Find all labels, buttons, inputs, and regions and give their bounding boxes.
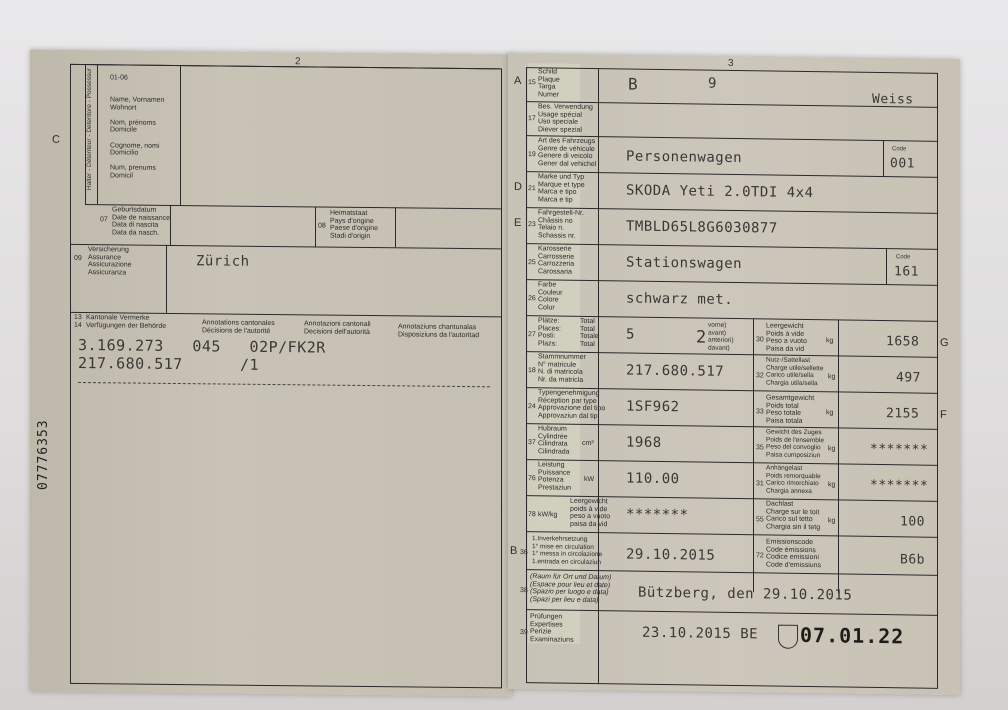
vehicle-type-code: 001 <box>890 156 915 171</box>
vehicle-type-value: Personenwagen <box>626 148 742 166</box>
field-76-label: Leistung Puissance Potenza Prestaziun <box>538 461 571 492</box>
unit-kg: kg <box>826 337 833 344</box>
field-26-number: 26 <box>528 295 536 302</box>
insurance-value: Zürich <box>196 253 250 270</box>
field-25-label: Karosserie Carrosserie Carrozzeria Caros… <box>538 245 574 276</box>
field-35-number: 35 <box>756 444 764 451</box>
plate-number: 9 <box>708 76 717 92</box>
roof-load-value: 100 <box>900 514 925 529</box>
annotation-line-2: 217.680.517 /1 <box>78 354 259 374</box>
field-18-number: 18 <box>528 367 536 374</box>
body-type-code: 161 <box>894 264 919 279</box>
displacement-value: 1968 <box>626 434 662 450</box>
code-label: Code <box>896 254 910 260</box>
section-letter-c: C <box>52 134 60 146</box>
seats-front-label: vorne) avant) anteriori) davant) <box>708 322 734 353</box>
canton-bern-crest-icon <box>778 625 798 649</box>
seats-front-value: 2 <box>696 327 707 347</box>
registry-number-value: 217.680.517 <box>626 362 724 379</box>
empty-weight-value: 1658 <box>886 334 919 349</box>
field-25-number: 25 <box>528 259 536 266</box>
holder-vertical-label: Halter - Détenteur - Detentore - Possess… <box>86 68 93 190</box>
type-approval-value: 1SF962 <box>626 398 680 415</box>
field-38-number: 38 <box>520 587 528 594</box>
annotations-label-fr: Annotations cantonales Décisions de l'au… <box>202 319 275 335</box>
section-letter-f: F <box>940 409 947 421</box>
field-31-number: 31 <box>756 480 764 487</box>
place-date-value: Bützberg, den 29.10.2015 <box>638 585 852 604</box>
field-23-number: 23 <box>528 221 536 228</box>
field-07-label: Geburtsdatum Date de naissance Data di n… <box>112 206 170 237</box>
unit-kg: kg <box>828 481 835 488</box>
field-27-label-total: Total Total Totale Total <box>580 318 599 349</box>
field-55-label: Dachlast Charge sur le toit Carico sul t… <box>766 500 820 531</box>
field-76-number: 76 <box>528 475 536 482</box>
section-letter-b: B <box>510 545 517 557</box>
field-36-label: 1.Inverkehrsetzung 1° mise en circulatio… <box>532 535 602 566</box>
field-72-label: Emissionscode Code émissions Codice emis… <box>766 538 821 569</box>
field-15-label: Schild Plaque Targa Numer <box>538 68 560 99</box>
field-33-label: Gesamtgewicht Poids total Peso totale Pa… <box>766 394 814 425</box>
section-letter-d: D <box>514 181 522 193</box>
field-32-label: Nutz-/Sattellast Charge utile/sellette C… <box>766 356 823 387</box>
make-model-value: SKODA Yeti 2.0TDI 4x4 <box>626 182 814 201</box>
field-26-label: Farbe Couleur Colore Colur <box>538 281 563 312</box>
annotations-label-de: Kantonale Vermerke Verfügungen der Behör… <box>86 314 166 330</box>
inspection-date-value: 23.10.2015 BE <box>642 625 758 643</box>
field-13-14-number: 13 14 <box>74 314 82 329</box>
emission-code-value: B6b <box>900 552 925 567</box>
field-27-number: 27 <box>528 331 536 338</box>
left-page: 2 C Halter - Détenteur - Detentore - Pos… <box>30 49 512 696</box>
inspection-stamp: 07.01.22 <box>800 623 904 648</box>
field-78-label: Leergewicht poids à vide peso a vuoto pa… <box>570 498 610 529</box>
section-letter-g: G <box>940 337 949 349</box>
power-value: 110.00 <box>626 470 680 487</box>
field-55-number: 55 <box>756 516 764 523</box>
field-09-label: Versicherung Assurance Assicurazione Ass… <box>88 246 132 277</box>
towing-capacity-value: ******* <box>870 478 928 494</box>
unit-kg: kg <box>828 373 835 380</box>
unit-cm3: cm³ <box>582 440 594 447</box>
field-30-label: Leergewicht Poids à vide Peso a vuoto Pa… <box>766 322 807 353</box>
vin-value: TMBLD65L8G6030877 <box>626 218 778 236</box>
field-19-label: Art des Fahrzeugs Genre de véhicule Gene… <box>538 137 596 168</box>
field-78-number: 78 <box>528 511 536 518</box>
field-35-label: Gewicht des Zuges Poids de l'ensemble Pe… <box>766 428 824 459</box>
right-page: 3 A 15 Schild Plaque Targa Numer B 9 Wei… <box>508 53 960 695</box>
gross-weight-value: 2155 <box>886 406 919 421</box>
unit-kg: kg <box>826 409 833 416</box>
unit-kw: kW <box>584 476 594 483</box>
field-21-number: 21 <box>528 185 536 192</box>
field-23-label: Fahrgestell-Nr. Châssis no Telaio n. Sch… <box>538 209 584 240</box>
field-37-label: Hubraum Cylindrée Cilindrata Cilindrada <box>538 425 570 456</box>
field-31-label: Anhängelast Poids remorquable Carico rim… <box>766 464 821 495</box>
field-38-label: (Raum für Ort und Datum) (Espace pour li… <box>530 573 611 605</box>
page-number: 3 <box>728 58 734 69</box>
color-value: schwarz met. <box>626 290 733 307</box>
serial-number: 07776353 <box>36 419 51 490</box>
unit-kg: kg <box>828 445 835 452</box>
field-18-label: Stammnummer N° matricule N. di matricola… <box>538 353 586 384</box>
field-08-label: Heimatstaat Pays d'origine Paese d'origi… <box>330 210 378 241</box>
field-39-label: Prüfungen Expertises Perizie Examinaziun… <box>530 613 574 644</box>
field-37-number: 37 <box>528 439 536 446</box>
train-weight-value: ******* <box>870 442 928 458</box>
body-type-value: Stationswagen <box>626 254 742 272</box>
section-letter-e: E <box>514 217 521 229</box>
plate-canton: B <box>628 75 638 94</box>
field-72-number: 72 <box>756 552 764 559</box>
field-30-number: 30 <box>756 336 764 343</box>
power-to-weight-value: ******* <box>626 506 689 523</box>
field-33-number: 33 <box>756 408 764 415</box>
field-17-number: 17 <box>528 115 536 122</box>
field-36-number: 36 <box>520 549 528 556</box>
unit-kg: kg <box>828 517 835 524</box>
field-24-number: 24 <box>528 403 536 410</box>
field-24-label: Typengenehmigung Réception par type Appr… <box>538 389 605 420</box>
annotations-label-rm: Annotaziuns chantunalas Disposiziuns da … <box>398 323 479 339</box>
field-01-06-label: Name, Vornamen Wohnort Nom, prénoms Domi… <box>110 96 164 180</box>
field-07-number: 07 <box>100 216 108 223</box>
field-21-label: Marke und Typ Marque et type Marca e tip… <box>538 173 585 204</box>
field-17-label: Bes. Verwendung Usage spécial Uso specia… <box>538 103 593 134</box>
field-15-number: 15 <box>528 79 536 86</box>
field-19-number: 19 <box>528 151 536 158</box>
field-01-06-number: 01-06 <box>110 74 128 81</box>
field-39-number: 39 <box>520 629 528 636</box>
field-09-number: 09 <box>74 255 82 262</box>
field-32-number: 32 <box>756 372 764 379</box>
seats-total-value: 5 <box>626 326 635 342</box>
code-label: Code <box>892 146 906 152</box>
payload-value: 497 <box>896 370 921 385</box>
annotations-label-it: Annotazioni cantonali Decisioni dell'aut… <box>304 320 371 336</box>
field-27-label: Plätze: Places: Posti: Plazs: <box>538 317 561 348</box>
field-08-number: 08 <box>318 222 326 229</box>
first-registration-value: 29.10.2015 <box>626 546 715 563</box>
section-letter-a: A <box>514 75 521 87</box>
unit-kw-per-kg: kW/kg <box>538 511 557 518</box>
